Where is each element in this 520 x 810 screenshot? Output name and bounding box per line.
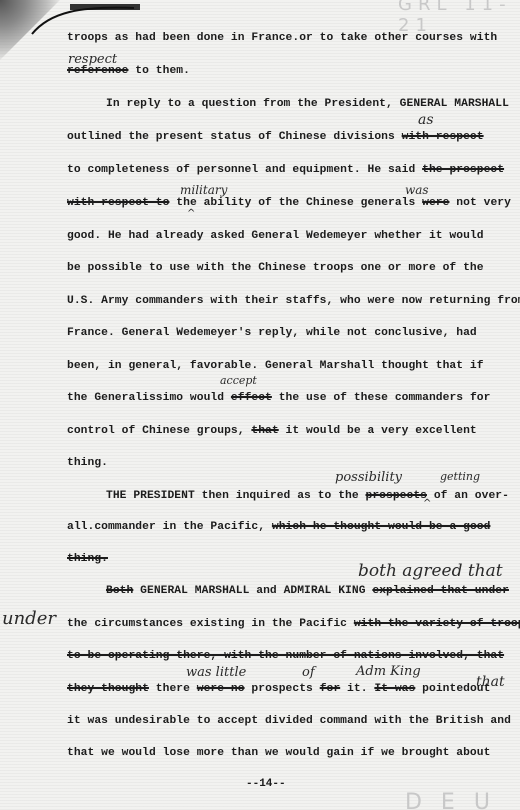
text-line: been, in general, favorable. General Mar… <box>67 359 484 373</box>
text-segment: there <box>149 683 197 695</box>
paragraph-start: THE PRESIDENT then inquired as to the pr… <box>106 489 509 503</box>
text-segment: pointedout <box>415 683 490 695</box>
handwritten-insertion: military <box>180 183 227 197</box>
struck-text: for <box>320 683 341 695</box>
text-line: outlined the present status of Chinese d… <box>67 130 484 144</box>
text-line: control of Chinese groups, that it would… <box>67 424 477 438</box>
struck-text: which he thought would be a good <box>272 521 491 533</box>
text-line: thing. <box>67 552 108 566</box>
struck-text: Both <box>106 585 133 597</box>
text-segment: THE PRESIDENT then inquired as to the <box>106 490 366 502</box>
struck-text: with the variety of troops <box>354 618 520 630</box>
struck-text: to be operating there, with the number o… <box>67 650 504 662</box>
text-segment: not very <box>449 197 510 209</box>
struck-text: they thought <box>67 683 149 695</box>
text-line: the Generalissimo would effect the use o… <box>67 391 490 405</box>
handwritten-insertion: of <box>302 665 315 680</box>
text-segment: it would be a very excellent <box>279 425 477 437</box>
handwritten-insertion: Adm King <box>356 664 421 679</box>
text-line: good. He had already asked General Wedem… <box>67 229 484 243</box>
text-line: to completeness of personnel and equipme… <box>67 163 504 177</box>
paragraph-start: Both GENERAL MARSHALL and ADMIRAL KING e… <box>106 584 509 598</box>
text-segment: to completeness of personnel and equipme… <box>67 164 422 176</box>
text-segment: the ability of the Chinese generals <box>169 197 422 209</box>
struck-text: were <box>422 197 449 209</box>
handwritten-insertion: getting <box>440 470 480 483</box>
handwritten-insertion: both agreed that <box>358 561 503 581</box>
struck-text: reference <box>67 65 128 77</box>
text-line: with respect to the ability of the Chine… <box>67 196 511 210</box>
paragraph-start: In reply to a question from the Presiden… <box>106 97 509 111</box>
struck-text: that <box>251 425 278 437</box>
struck-text: thing. <box>67 553 108 565</box>
text-line: France. General Wedemeyer's reply, while… <box>67 326 477 340</box>
text-segment: GENERAL MARSHALL and ADMIRAL KING <box>133 585 372 597</box>
struck-text: the prospect <box>422 164 504 176</box>
text-segment: the use of these commanders for <box>272 392 491 404</box>
text-segment: all.commander in the Pacific, <box>67 521 272 533</box>
text-line: that we would lose more than we would ga… <box>67 746 490 760</box>
struck-text: prospects <box>366 490 427 502</box>
insertion-caret-icon: ^ <box>423 498 431 509</box>
struck-text: effect <box>231 392 272 404</box>
text-segment: to them. <box>128 65 189 77</box>
struck-text: explained that under <box>372 585 509 597</box>
handwritten-insertion: was <box>405 183 429 197</box>
text-line: be possible to use with the Chinese troo… <box>67 261 484 275</box>
insertion-caret-icon: ^ <box>187 208 195 219</box>
text-line: all.commander in the Pacific, which he t… <box>67 520 490 534</box>
document-page: GRL 11-21 troops as had been done in Fra… <box>0 0 520 810</box>
handwritten-insertion: possibility <box>335 470 402 485</box>
text-segment: control of Chinese groups, <box>67 425 251 437</box>
struck-text: It was <box>374 683 415 695</box>
archive-stamp-bottom: D E U <box>405 790 496 810</box>
text-line: it was undesirable to accept divided com… <box>67 714 511 728</box>
text-segment: of an over- <box>427 490 509 502</box>
text-line: reference to them. <box>67 64 190 78</box>
text-segment: it. <box>340 683 374 695</box>
handwritten-insertion: accept <box>220 374 257 387</box>
handwritten-insertion: was little <box>186 665 246 680</box>
text-line: troops as had been done in France.or to … <box>67 31 497 45</box>
struck-text: were no <box>197 683 245 695</box>
text-segment: the circumstances existing in the Pacifi… <box>67 618 354 630</box>
text-line: to be operating there, with the number o… <box>67 649 504 663</box>
struck-text: with respect <box>402 131 484 143</box>
handwritten-insertion: as <box>418 112 434 128</box>
text-line: thing. <box>67 456 108 470</box>
text-segment: prospects <box>245 683 320 695</box>
text-segment: outlined the present status of Chinese d… <box>67 131 402 143</box>
handwritten-margin-note: under <box>2 608 56 629</box>
text-line: they thought there were no prospects for… <box>67 682 490 696</box>
text-segment: the Generalissimo would <box>67 392 231 404</box>
text-line: the circumstances existing in the Pacifi… <box>67 617 520 631</box>
text-line: U.S. Army commanders with their staffs, … <box>67 294 520 308</box>
page-number: --14-- <box>246 778 286 790</box>
struck-text: with respect to <box>67 197 169 209</box>
